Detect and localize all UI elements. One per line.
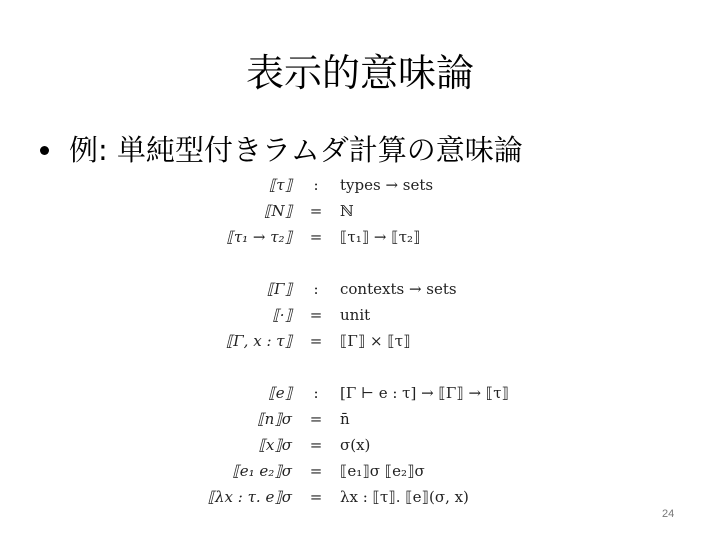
formula-rhs: unit <box>340 306 370 324</box>
formula-row: ⟦λx : τ. e⟧σ=λx : ⟦τ⟧. ⟦e⟧(σ, x) <box>200 484 509 510</box>
formula-row: ⟦τ⟧:types → sets <box>200 172 509 198</box>
formula-lhs: ⟦Γ⟧ <box>200 280 292 298</box>
formula-row: ⟦n⟧σ=n̄ <box>200 406 509 432</box>
formula-rhs: types → sets <box>340 176 433 194</box>
formula-row: ⟦e⟧:[Γ ⊢ e : τ] → ⟦Γ⟧ → ⟦τ⟧ <box>200 380 509 406</box>
formula-lhs: ⟦e⟧ <box>200 384 292 402</box>
bullet-item: 例: 単純型付きラムダ計算の意味論 <box>40 130 523 170</box>
formula-rel: = <box>292 488 340 506</box>
formula-row: ⟦Γ⟧:contexts → sets <box>200 276 509 302</box>
formula-lhs: ⟦τ⟧ <box>200 176 292 194</box>
formula-lhs: ⟦τ₁ → τ₂⟧ <box>200 228 292 246</box>
formula-rhs: [Γ ⊢ e : τ] → ⟦Γ⟧ → ⟦τ⟧ <box>340 384 509 402</box>
formula-lhs: ⟦·⟧ <box>200 306 292 324</box>
bullet-text: 例: 単純型付きラムダ計算の意味論 <box>69 130 523 170</box>
formula-rhs: λx : ⟦τ⟧. ⟦e⟧(σ, x) <box>340 488 469 506</box>
formula-rel: : <box>292 384 340 402</box>
terms-block: ⟦e⟧:[Γ ⊢ e : τ] → ⟦Γ⟧ → ⟦τ⟧ ⟦n⟧σ=n̄ ⟦x⟧σ… <box>200 380 509 510</box>
formula-rhs: n̄ <box>340 410 350 428</box>
page-number: 24 <box>662 508 674 520</box>
formula-rhs: ℕ <box>340 202 354 220</box>
formula-row: ⟦e₁ e₂⟧σ=⟦e₁⟧σ ⟦e₂⟧σ <box>200 458 509 484</box>
formula-lhs: ⟦e₁ e₂⟧σ <box>200 462 292 480</box>
formula-rhs: ⟦Γ⟧ × ⟦τ⟧ <box>340 332 411 350</box>
formula-rhs: ⟦τ₁⟧ → ⟦τ₂⟧ <box>340 228 420 246</box>
formula-rel: = <box>292 462 340 480</box>
formula-rhs: ⟦e₁⟧σ ⟦e₂⟧σ <box>340 462 425 480</box>
formula-rel: : <box>292 280 340 298</box>
slide-title: 表示的意味論 <box>0 48 720 98</box>
formula-rel: = <box>292 306 340 324</box>
formula-row: ⟦Γ, x : τ⟧=⟦Γ⟧ × ⟦τ⟧ <box>200 328 509 354</box>
formula-rel: = <box>292 332 340 350</box>
formula-rhs: contexts → sets <box>340 280 457 298</box>
formula-rel: = <box>292 228 340 246</box>
formula-row: ⟦τ₁ → τ₂⟧=⟦τ₁⟧ → ⟦τ₂⟧ <box>200 224 509 250</box>
formula-rel: = <box>292 202 340 220</box>
contexts-block: ⟦Γ⟧:contexts → sets ⟦·⟧=unit ⟦Γ, x : τ⟧=… <box>200 276 509 354</box>
formula-lhs: ⟦x⟧σ <box>200 436 292 454</box>
formula-row: ⟦·⟧=unit <box>200 302 509 328</box>
formula-row: ⟦N⟧=ℕ <box>200 198 509 224</box>
formula-rel: = <box>292 436 340 454</box>
formula-rhs: σ(x) <box>340 436 370 454</box>
types-block: ⟦τ⟧:types → sets ⟦N⟧=ℕ ⟦τ₁ → τ₂⟧=⟦τ₁⟧ → … <box>200 172 509 250</box>
formula-rel: = <box>292 410 340 428</box>
formula-table: ⟦τ⟧:types → sets ⟦N⟧=ℕ ⟦τ₁ → τ₂⟧=⟦τ₁⟧ → … <box>200 172 509 536</box>
formula-lhs: ⟦n⟧σ <box>200 410 292 428</box>
formula-lhs: ⟦Γ, x : τ⟧ <box>200 332 292 350</box>
formula-row: ⟦x⟧σ=σ(x) <box>200 432 509 458</box>
bullet-dot-icon <box>40 146 49 155</box>
formula-rel: : <box>292 176 340 194</box>
formula-lhs: ⟦λx : τ. e⟧σ <box>200 488 292 506</box>
formula-lhs: ⟦N⟧ <box>200 202 292 220</box>
